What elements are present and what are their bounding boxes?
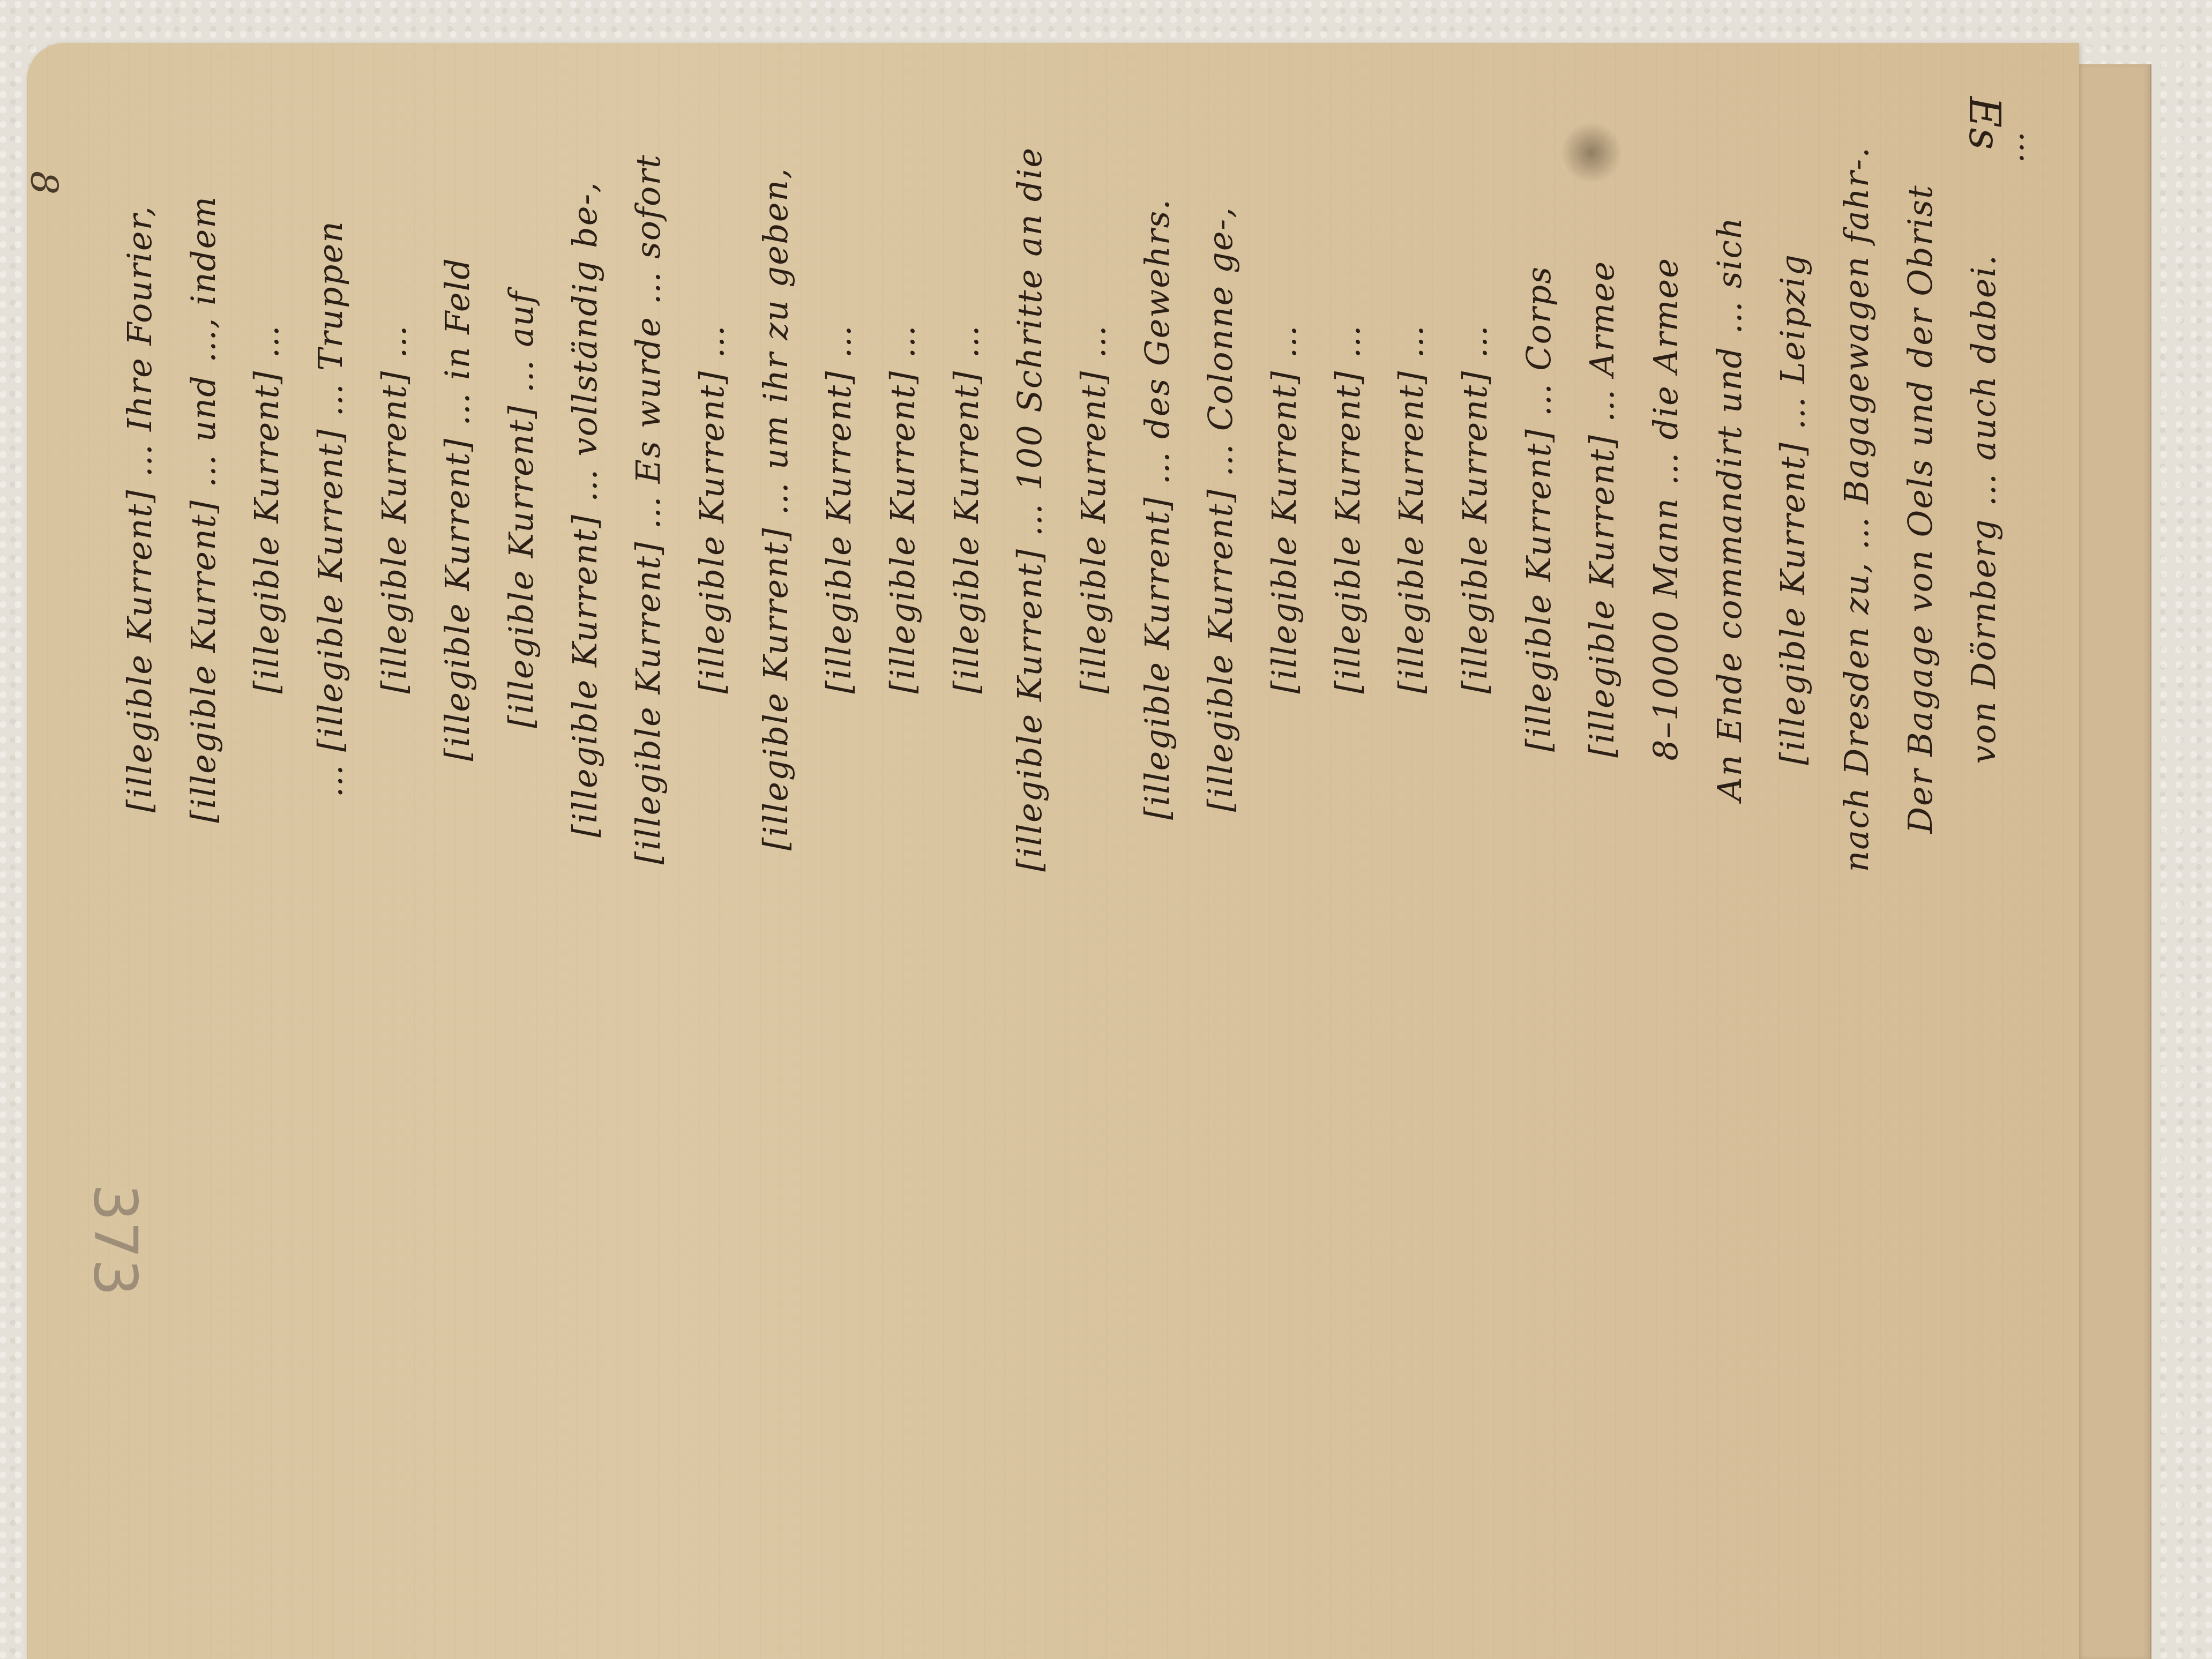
text-line: [illegible Kurrent] … vollständig be-, — [569, 91, 617, 927]
closing-word: Es — [1924, 96, 2009, 161]
text-line: nach Dresden zu, … Bagagewagen fahr-. — [1840, 91, 1888, 927]
text-line-content: [illegible Kurrent] … 100 Schritte an di… — [1013, 147, 1047, 872]
text-line-content: [illegible Kurrent] … Colonne ge-, — [1204, 206, 1237, 812]
text-line-content: [illegible Kurrent] … — [696, 324, 729, 693]
text-line: [illegible Kurrent] … — [1268, 91, 1316, 927]
text-line-content: [illegible Kurrent] … — [250, 324, 283, 693]
text-line-content: [illegible Kurrent] … und …, indem — [187, 196, 220, 823]
text-line: [illegible Kurrent] … auf — [505, 91, 553, 927]
text-line-content: [illegible Kurrent] … Armee — [1586, 260, 1619, 758]
text-line-content: nach Dresden zu, … Bagagewagen fahr-. — [1840, 146, 1873, 872]
text-line-content: 8–10000 Mann … die Armee — [1649, 257, 1683, 761]
text-line: [illegible Kurrent] … 100 Schritte an di… — [1013, 91, 1062, 927]
text-line-content: Der Bagage von Oels und der Obrist — [1904, 184, 1937, 834]
handwritten-text-block: [illegible Kurrent] … Ihre Fourier,[ille… — [123, 91, 2079, 927]
text-line-content: von Dörnberg … auch dabei. — [1967, 254, 2000, 764]
text-line-content: An Ende commandirt und … sich — [1713, 216, 1746, 801]
text-line-content: [illegible Kurrent] … — [1395, 324, 1428, 693]
text-line: [illegible Kurrent] … und …, indem — [187, 91, 235, 927]
text-line: [illegible Kurrent] … Colonne ge-, — [1204, 91, 1252, 927]
text-line: Der Bagage von Oels und der Obrist — [1904, 91, 1952, 927]
text-line: von Dörnberg … auch dabei. — [1967, 91, 2015, 927]
text-line: [illegible Kurrent] … Leipzig — [1776, 91, 1825, 927]
text-line-content: [illegible Kurrent] … vollständig be-, — [569, 181, 602, 838]
text-line-content: [illegible Kurrent] … — [823, 324, 856, 693]
text-line: [illegible Kurrent] … — [823, 91, 871, 927]
text-line-content: [illegible Kurrent] … Leipzig — [1776, 253, 1810, 765]
text-line: An Ende commandirt und … sich — [1713, 91, 1761, 927]
text-line-content: [illegible Kurrent] … um ihr zu geben, — [759, 167, 793, 850]
text-line: [illegible Kurrent] … — [378, 91, 426, 927]
text-line: [illegible Kurrent] … — [886, 91, 935, 927]
text-line-content: [illegible Kurrent] … — [1077, 324, 1110, 693]
text-line: [illegible Kurrent] … — [696, 91, 744, 927]
text-line-content: [illegible Kurrent] … — [1268, 324, 1301, 693]
text-line-content: [illegible Kurrent] … — [378, 324, 411, 693]
text-line: [illegible Kurrent] … in Feld — [441, 91, 489, 927]
text-line-content: [illegible Kurrent] … — [950, 324, 983, 693]
text-line: [illegible Kurrent] … Corps — [1522, 91, 1571, 927]
text-line-content: [illegible Kurrent] … des Gewehrs. — [1141, 198, 1174, 820]
page-number: 8 — [27, 171, 66, 195]
text-line-content: [illegible Kurrent] … Es wurde … sofort — [632, 154, 665, 864]
text-line: [illegible Kurrent] … — [1077, 91, 1125, 927]
text-line: [illegible Kurrent] … um ihr zu geben, — [759, 91, 808, 927]
text-line-content: [illegible Kurrent] … Corps — [1522, 266, 1556, 752]
text-line: [illegible Kurrent] … Armee — [1586, 91, 1634, 927]
text-line: [illegible Kurrent] … — [950, 91, 998, 927]
text-line-content: … [illegible Kurrent] … Truppen — [314, 220, 347, 798]
text-line-content: [illegible Kurrent] … in Feld — [441, 257, 474, 761]
manuscript-page: 8 373 [illegible Kurrent] … Ihre Fourier… — [27, 43, 2079, 1659]
text-line-content: [illegible Kurrent] … Ihre Fourier, — [123, 205, 156, 812]
text-line: [illegible Kurrent] … — [1395, 91, 1443, 927]
text-line-content: [illegible Kurrent] … — [1332, 324, 1365, 693]
text-line: [illegible Kurrent] … Ihre Fourier, — [123, 91, 171, 927]
catchword: … — [2012, 131, 2050, 163]
text-line: [illegible Kurrent] … Es wurde … sofort — [632, 91, 680, 927]
text-line: … [illegible Kurrent] … Truppen — [314, 91, 362, 927]
pencil-folio-number: 373 — [81, 1184, 150, 1296]
text-line-content: [illegible Kurrent] … — [1459, 324, 1492, 693]
text-line-content: [illegible Kurrent] … — [886, 324, 920, 693]
text-line: [illegible Kurrent] … — [250, 91, 298, 927]
text-line: [illegible Kurrent] … des Gewehrs. — [1141, 91, 1189, 927]
text-line: 8–10000 Mann … die Armee — [1649, 91, 1698, 927]
text-line: [illegible Kurrent] … — [1459, 91, 1507, 927]
text-line-content: [illegible Kurrent] … auf — [505, 290, 538, 728]
text-line: [illegible Kurrent] … — [1332, 91, 1380, 927]
